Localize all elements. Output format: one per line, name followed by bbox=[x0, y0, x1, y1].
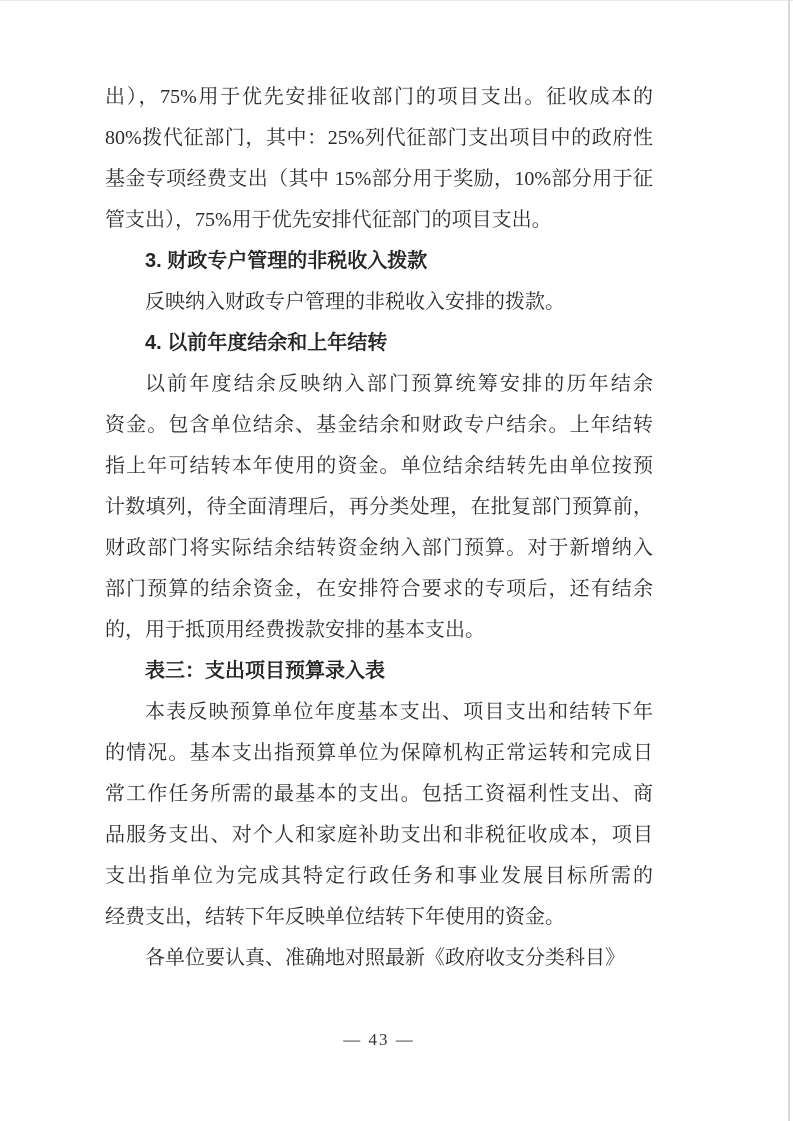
body-text-line: 品服务支出、对个人和家庭补助支出和非税征收成本，项目 bbox=[105, 815, 653, 856]
body-text-line: 80%拨代征部门，其中：25%列代征部门支出项目中的政府性 bbox=[105, 118, 653, 159]
body-text-line: 本表反映预算单位年度基本支出、项目支出和结转下年 bbox=[105, 692, 653, 733]
body-text-line: 支出指单位为完成其特定行政任务和事业发展目标所需的 bbox=[105, 856, 653, 897]
body-text-line: 财政部门将实际结余结转资金纳入部门预算。对于新增纳入 bbox=[105, 528, 653, 569]
page-number: — 43 — bbox=[105, 1028, 653, 1052]
body-text-line: 的，用于抵顶用经费拨款安排的基本支出。 bbox=[105, 610, 653, 651]
body-text-line: 指上年可结转本年使用的资金。单位结余结转先由单位按预 bbox=[105, 446, 653, 487]
document-page: 出），75%用于优先安排征收部门的项目支出。征收成本的 80%拨代征部门，其中：… bbox=[0, 0, 793, 1121]
body-text-line: 各单位要认真、准确地对照最新《政府收支分类科目》 bbox=[105, 938, 653, 979]
body-text-line: 计数填列，待全面清理后，再分类处理，在批复部门预算前， bbox=[105, 487, 653, 528]
body-text-line: 经费支出，结转下年反映单位结转下年使用的资金。 bbox=[105, 897, 653, 938]
body-text-line: 常工作任务所需的最基本的支出。包括工资福利性支出、商 bbox=[105, 774, 653, 815]
numbered-heading-4: 4. 以前年度结余和上年结转 bbox=[105, 323, 653, 364]
body-text-line: 管支出），75%用于优先安排代征部门的项目支出。 bbox=[105, 200, 653, 241]
body-text-line: 反映纳入财政专户管理的非税收入安排的拨款。 bbox=[105, 282, 653, 323]
body-text-line: 部门预算的结余资金，在安排符合要求的专项后，还有结余 bbox=[105, 569, 653, 610]
body-text-line: 基金专项经费支出（其中 15%部分用于奖励，10%部分用于征 bbox=[105, 159, 653, 200]
scan-edge-right bbox=[788, 0, 790, 1121]
scan-edge-top bbox=[0, 0, 793, 1]
body-text-line: 的情况。基本支出指预算单位为保障机构正常运转和完成日 bbox=[105, 733, 653, 774]
text-block: 出），75%用于优先安排征收部门的项目支出。征收成本的 80%拨代征部门，其中：… bbox=[105, 77, 653, 979]
numbered-heading-3: 3. 财政专户管理的非税收入拨款 bbox=[105, 241, 653, 282]
table3-heading: 表三：支出项目预算录入表 bbox=[105, 651, 653, 692]
body-text-line: 资金。包含单位结余、基金结余和财政专户结余。上年结转 bbox=[105, 405, 653, 446]
body-text-line: 出），75%用于优先安排征收部门的项目支出。征收成本的 bbox=[105, 77, 653, 118]
body-text-line: 以前年度结余反映纳入部门预算统筹安排的历年结余 bbox=[105, 364, 653, 405]
